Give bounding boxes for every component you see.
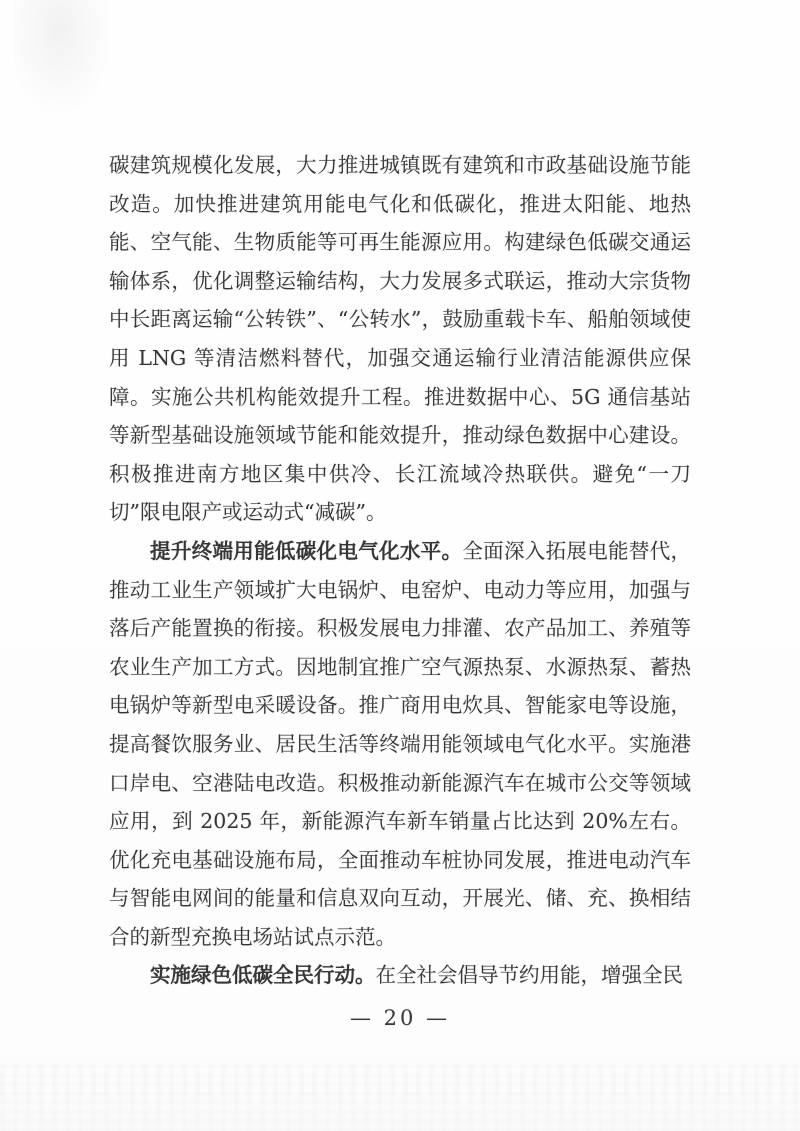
paragraph-text: 全面深入拓展电能替代，推动工业生产领域扩大电锅炉、电窑炉、电动力等应用，加强与落… (109, 539, 691, 949)
page-number: — 20 — (0, 1003, 800, 1033)
scan-noise-artifact (0, 1063, 800, 1131)
paragraph-text: 在全社会倡导节约用能，增强全民 (376, 963, 684, 987)
paragraph-text: 碳建筑规模化发展，大力推进城镇既有建筑和市政基础设施节能改造。加快推进建筑用能电… (109, 153, 691, 524)
paragraph-continuation: 碳建筑规模化发展，大力推进城镇既有建筑和市政基础设施节能改造。加快推进建筑用能电… (109, 146, 691, 532)
paragraph-green-action: 实施绿色低碳全民行动。在全社会倡导节约用能，增强全民 (109, 956, 691, 995)
paragraph-lead-bold: 实施绿色低碳全民行动。 (150, 963, 376, 987)
scan-smudge-artifact (14, 0, 114, 120)
document-page: 碳建筑规模化发展，大力推进城镇既有建筑和市政基础设施节能改造。加快推进建筑用能电… (0, 0, 800, 1131)
paragraph-electrification: 提升终端用能低碳化电气化水平。全面深入拓展电能替代，推动工业生产领域扩大电锅炉、… (109, 532, 691, 957)
paragraph-lead-bold: 提升终端用能低碳化电气化水平。 (150, 539, 462, 563)
document-body-text: 碳建筑规模化发展，大力推进城镇既有建筑和市政基础设施节能改造。加快推进建筑用能电… (109, 146, 691, 995)
